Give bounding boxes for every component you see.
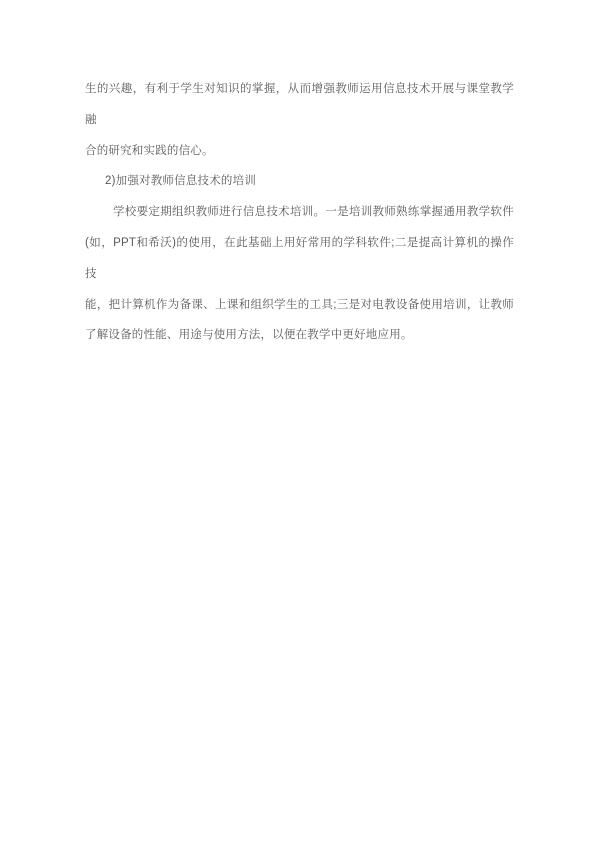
text-block: 生的兴趣，有利于学生对知识的掌握，从而增强教师运用信息技术开展与课堂教学融 合的…	[85, 74, 514, 351]
text-line: 学校要定期组织教师进行信息技术培训。一是培训教师熟练掌握通用教学软件	[85, 197, 514, 228]
text-line-paragraph-end: 合的研究和实践的信心。	[85, 136, 514, 167]
text-line-paragraph-end: 了解设备的性能、用途与使用方法，以便在教学中更好地应用。	[85, 320, 514, 351]
text-line: 生的兴趣，有利于学生对知识的掌握，从而增强教师运用信息技术开展与课堂教学融	[85, 74, 514, 136]
text-line: (如，PPT和希沃)的使用，在此基础上用好常用的学科软件;二是提高计算机的操作技	[85, 228, 514, 290]
document-page: 生的兴趣，有利于学生对知识的掌握，从而增强教师运用信息技术开展与课堂教学融 合的…	[0, 0, 595, 842]
text-line: 能，把计算机作为备课、上课和组织学生的工具;三是对电教设备使用培训，让教师	[85, 290, 514, 321]
section-heading: 2)加强对教师信息技术的培训	[85, 166, 514, 197]
